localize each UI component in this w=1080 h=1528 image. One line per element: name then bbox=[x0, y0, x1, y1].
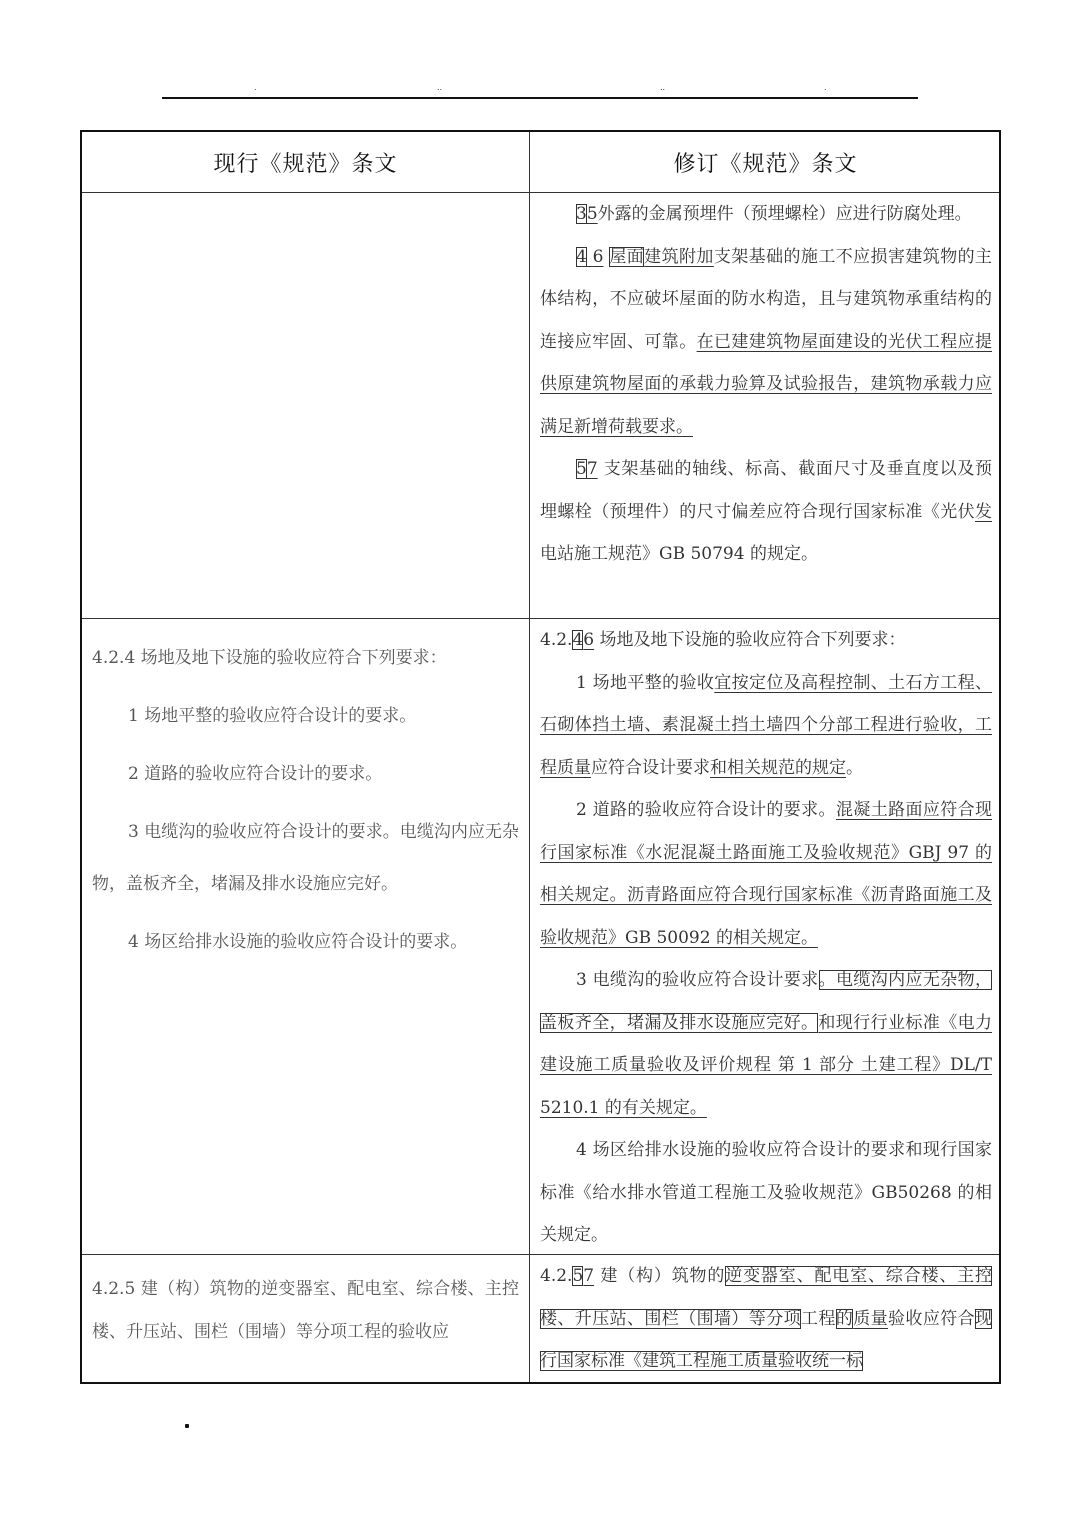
revised-cell-row2: 4.2.46 场地及地下设施的验收应符合下列要求： 1 场地平整的验收宜按定位及… bbox=[530, 619, 1001, 1257]
inserted-text: 和相关规范的规定 bbox=[710, 758, 846, 778]
clause-title: 4.2.4 场地及地下设施的验收应符合下列要求： bbox=[92, 632, 519, 684]
comparison-table: 现行《规范》条文 修订《规范》条文 35外露的金属预埋件（预埋螺栓）应进行防腐处… bbox=[80, 130, 1001, 1384]
current-cell-row3: 4.2.5 建（构）筑物的逆变器室、配电室、综合楼、主控楼、升压站、围栏（围墙）… bbox=[82, 1268, 529, 1353]
clause-item: 1 场地平整的验收应符合设计的要求。 bbox=[92, 690, 519, 742]
clause-item: 2 道路的验收应符合设计的要求。 bbox=[92, 748, 519, 800]
clause-5: 35外露的金属预埋件（预埋螺栓）应进行防腐处理。 bbox=[540, 193, 992, 236]
clause-number: 4.2. bbox=[540, 630, 572, 650]
clause-text: 电站施工规范》GB 50794 的规定。 bbox=[540, 544, 818, 564]
deleted-text: 的 bbox=[836, 1309, 853, 1329]
inserted-number: 5 bbox=[587, 204, 598, 224]
current-cell-row2: 4.2.4 场地及地下设施的验收应符合下列要求： 1 场地平整的验收应符合设计的… bbox=[82, 632, 529, 968]
clause-item-4: 4 场区给排水设施的验收应符合设计的要求和现行国家标准《给水排水管道工程施工及验… bbox=[540, 1129, 992, 1257]
clause-text: 工程 bbox=[801, 1309, 836, 1329]
header-mark: . bbox=[824, 84, 827, 92]
inserted-text: 发 bbox=[975, 502, 992, 522]
inserted-word: 建筑附加 bbox=[644, 247, 714, 267]
header-mark: . bbox=[254, 84, 257, 92]
clause-text: 场地及地下设施的验收应符合下列要求： bbox=[594, 630, 905, 650]
clause-6: 4 6 屋面建筑附加支架基础的施工不应损害建筑物的主体结构，不应破坏屋面的防水构… bbox=[540, 236, 992, 449]
revised-cell-row3: 4.2.57 建（构）筑物的逆变器室、配电室、综合楼、主控楼、升压站、围栏（围墙… bbox=[530, 1255, 1001, 1383]
deleted-number: 3 bbox=[576, 204, 587, 224]
deleted-number: 5 bbox=[576, 459, 587, 479]
deleted-number: 4 bbox=[576, 247, 587, 267]
clause-text: 验收应符合 bbox=[888, 1309, 975, 1329]
inserted-text: 混凝土路面应符合现行国家标准《水泥混凝土路面施工及验收规范》GBJ 97 的相关… bbox=[540, 800, 992, 948]
column-header-revised: 修订《规范》条文 bbox=[530, 132, 1001, 192]
clause-title: 4.2.57 建（构）筑物的逆变器室、配电室、综合楼、主控楼、升压站、围栏（围墙… bbox=[540, 1255, 992, 1383]
clause-text: 建（构）筑物的 bbox=[594, 1266, 725, 1286]
clause-text: 外露的金属预埋件（预埋螺栓）应进行防腐处理。 bbox=[598, 204, 972, 224]
inserted-number: 6 bbox=[583, 630, 594, 650]
clause-text: 1 场地平整的验收 bbox=[576, 673, 714, 693]
clause-item-2: 2 道路的验收应符合设计的要求。混凝土路面应符合现行国家标准《水泥混凝土路面施工… bbox=[540, 789, 992, 959]
header-mark: .. bbox=[437, 84, 442, 92]
column-header-current: 现行《规范》条文 bbox=[82, 132, 529, 192]
footer-bullet bbox=[185, 1424, 189, 1428]
clause-number: 4.2. bbox=[540, 1266, 572, 1286]
clause-7: 57 支架基础的轴线、标高、截面尺寸及垂直度以及预埋螺栓（预埋件）的尺寸偏差应符… bbox=[540, 448, 992, 576]
clause-title: 4.2.5 建（构）筑物的逆变器室、配电室、综合楼、主控楼、升压站、围栏（围墙）… bbox=[92, 1268, 519, 1353]
header-mark: .. bbox=[660, 84, 665, 92]
clause-item: 4 场区给排水设施的验收应符合设计的要求。 bbox=[92, 916, 519, 968]
clause-item-3: 3 电缆沟的验收应符合设计要求。电缆沟内应无杂物，盖板齐全，堵漏及排水设施应完好… bbox=[540, 959, 992, 1129]
clause-text: 应符合设计要求 bbox=[591, 758, 710, 778]
deleted-number: 5 bbox=[572, 1266, 583, 1286]
inserted-text: 质量 bbox=[853, 1309, 888, 1329]
deleted-word: 屋面 bbox=[609, 247, 644, 267]
clause-title: 4.2.46 场地及地下设施的验收应符合下列要求： bbox=[540, 619, 992, 662]
clause-text: 支架基础的轴线、标高、截面尺寸及垂直度以及预埋螺栓（预埋件）的尺寸偏差应符合现行… bbox=[540, 459, 992, 522]
clause-text: 2 道路的验收应符合设计的要求。 bbox=[576, 800, 836, 820]
page-header-marks: . .. .. . bbox=[162, 84, 918, 96]
clause-item: 3 电缆沟的验收应符合设计的要求。电缆沟内应无杂物，盖板齐全，堵漏及排水设施应完… bbox=[92, 806, 519, 910]
revised-cell-row1: 35外露的金属预埋件（预埋螺栓）应进行防腐处理。 4 6 屋面建筑附加支架基础的… bbox=[530, 193, 1001, 576]
clause-text: 3 电缆沟的验收应符合设计要求 bbox=[576, 970, 819, 990]
clause-item-1: 1 场地平整的验收宜按定位及高程控制、土石方工程、石砌体挡土墙、素混凝土挡土墙四… bbox=[540, 662, 992, 790]
inserted-number: 6 bbox=[593, 247, 604, 267]
header-rule bbox=[162, 97, 918, 99]
inserted-number: 7 bbox=[587, 459, 598, 479]
inserted-number: 7 bbox=[583, 1266, 594, 1286]
clause-text: 。 bbox=[846, 758, 863, 778]
deleted-number: 4 bbox=[572, 630, 583, 650]
